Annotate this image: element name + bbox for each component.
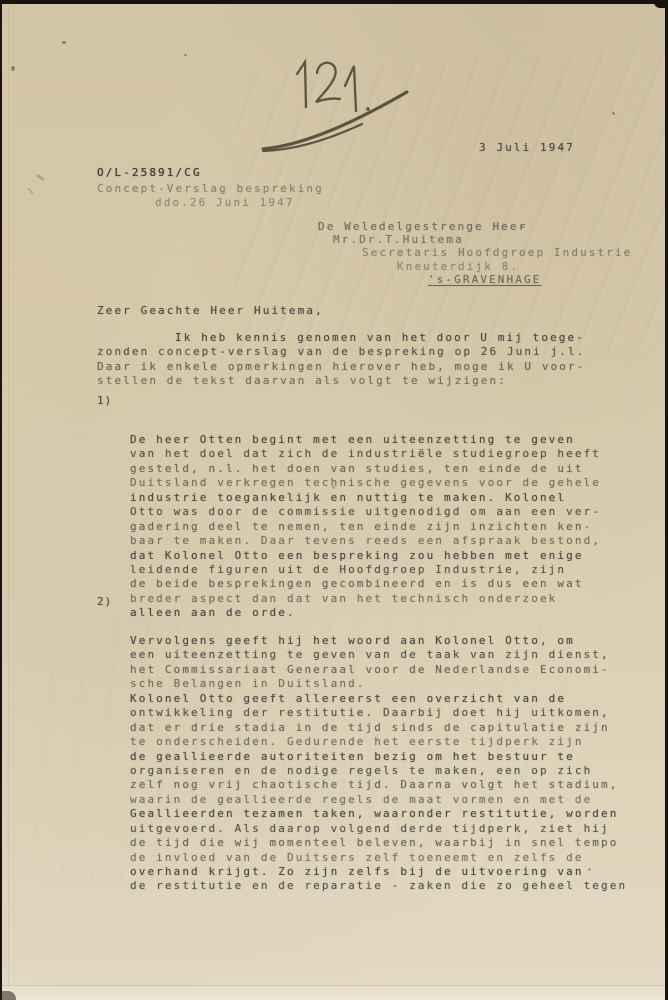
paper-speck bbox=[184, 54, 187, 56]
paper-crease bbox=[8, 4, 10, 986]
item-text: De heer Otten begint met een uiteenzetti… bbox=[130, 433, 601, 621]
text-line: sche Belangen in Duitsland. bbox=[130, 677, 627, 691]
text-line: Geallieerden tezamen taken, waaronder re… bbox=[130, 807, 627, 821]
scan-edge-corner bbox=[654, 0, 668, 8]
item-text: Vervolgens geeft hij het woord aan Kolon… bbox=[130, 634, 627, 894]
text-line: de invloed van de Duitsers zelf toeneemt… bbox=[130, 851, 627, 865]
text-line: Vervolgens geeft hij het woord aan Kolon… bbox=[130, 634, 627, 648]
scan-corner-smudge bbox=[0, 991, 16, 1000]
text-line: zelf nog vrij chaotische tijd. Daarna vo… bbox=[130, 778, 627, 792]
text-line: de beide besprekingen gecombineerd en is… bbox=[130, 577, 601, 591]
letter-date: 3 Juli 1947 bbox=[479, 141, 575, 154]
reference-number: O/L-25891/CG bbox=[97, 166, 202, 179]
text-line: Daar ik enkele opmerkingen hierover heb,… bbox=[97, 360, 585, 374]
text-line: Mr.Dr.T.Huitema bbox=[333, 233, 632, 246]
text-line: industrie toegankelijk en nuttig te make… bbox=[130, 491, 601, 505]
text-line: 's-GRAVENHAGE bbox=[428, 273, 632, 286]
salutation: Zeer Geachte Heer Huitema, bbox=[97, 304, 324, 317]
text-line: Secretaris Hoofdgroep Industrie bbox=[362, 246, 632, 259]
text-line: zonden concept-verslag van de bespreking… bbox=[97, 345, 585, 359]
text-line: ddo.26 Juni 1947 bbox=[155, 196, 324, 210]
text-line: leidende figuren uit de Hoofdgroep Indus… bbox=[130, 563, 601, 577]
text-line: De Weledelgestrenge Heer bbox=[318, 220, 632, 233]
scan-edge-left bbox=[0, 0, 2, 1000]
text-line: het Commissariaat Generaal voor de Neder… bbox=[130, 663, 627, 677]
text-line: Otto was door de commissie uitgenodigd o… bbox=[130, 505, 601, 519]
text-line: de restitutie en de reparatie - zaken di… bbox=[130, 879, 627, 893]
text-line: Concept-Verslag bespreking bbox=[97, 182, 324, 196]
text-line: de geallieerde autoriteiten bezig om het… bbox=[130, 750, 627, 764]
text-line: een uiteenzetting te geven van de taak v… bbox=[130, 648, 627, 662]
subject-block: Concept-Verslag besprekingddo.26 Juni 19… bbox=[97, 182, 324, 211]
paper-speck bbox=[11, 66, 15, 71]
text-line: ontwikkeling der restitutie. Daarbij doe… bbox=[130, 706, 627, 720]
text-line: de tijd die wij momenteel beleven, waarb… bbox=[130, 836, 627, 850]
text-line: dat Kolonel Otto een bespreking zou hebb… bbox=[130, 549, 601, 563]
text-line: Duitsland verkregen technische gegevens … bbox=[130, 476, 601, 490]
paper-speck bbox=[612, 112, 615, 115]
handwritten-underline-flourish bbox=[263, 92, 407, 151]
text-line: te onderscheiden. Gedurende het eerste t… bbox=[130, 735, 627, 749]
paper-stain bbox=[36, 174, 45, 181]
handwritten-number-121 bbox=[297, 62, 370, 111]
text-line: organiseren en de nodige regels te maken… bbox=[130, 764, 627, 778]
text-line: dat er drie stadia in de tijd sinds de c… bbox=[130, 721, 627, 735]
text-line: overhand krijgt. Zo zijn zelfs bij de ui… bbox=[130, 865, 627, 879]
item-number: 1) bbox=[97, 394, 112, 407]
text-line: Ik heb kennis genomen van het door U mij… bbox=[175, 331, 585, 345]
item-number: 2) bbox=[97, 595, 112, 608]
text-line: waarin de geallieerde regels de maat vor… bbox=[130, 793, 627, 807]
text-line: gesteld, n.l. het doen van studies, ten … bbox=[130, 462, 601, 476]
recipient-address-block: De Weledelgestrenge HeerMr.Dr.T.HuitemaS… bbox=[318, 220, 632, 286]
scanned-letter-page: 3 Juli 1947 O/L-25891/CG Concept-Verslag… bbox=[0, 0, 668, 1000]
text-line: baar te maken. Daar tevens reeds een afs… bbox=[130, 534, 601, 548]
text-line: Kneuterdijk 8. bbox=[397, 260, 632, 273]
text-line: Kolonel Otto geeft allereerst een overzi… bbox=[130, 692, 627, 706]
text-line: gadering deel te nemen, ten einde zijn i… bbox=[130, 520, 601, 534]
text-line: stellen de tekst daarvan als volgt te wi… bbox=[97, 374, 585, 388]
paper-stain bbox=[27, 188, 33, 195]
paper-speck bbox=[62, 41, 66, 44]
intro-paragraph: Ik heb kennis genomen van het door U mij… bbox=[97, 331, 585, 389]
scan-bottom-strip bbox=[2, 985, 665, 1000]
text-line: De heer Otten begint met een uiteenzetti… bbox=[130, 433, 601, 447]
text-line: uitgevoerd. Als daarop volgend derde tij… bbox=[130, 822, 627, 836]
text-line: van het doel dat zich de industriële stu… bbox=[130, 447, 601, 461]
numbered-item-2: 2) Vervolgens geeft hij het woord aan Ko… bbox=[97, 595, 627, 920]
scan-edge-top bbox=[0, 0, 668, 4]
